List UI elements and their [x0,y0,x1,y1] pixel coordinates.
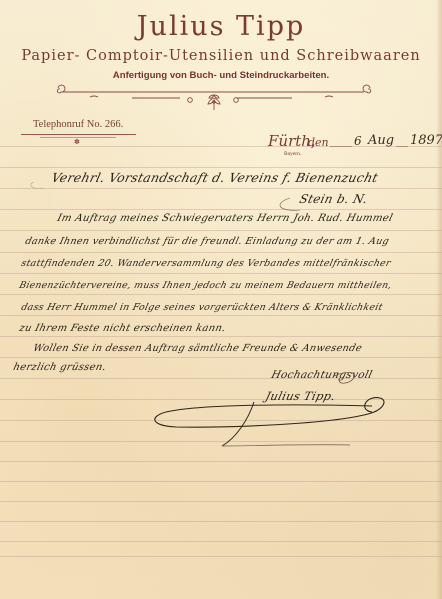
dateline-state: Bayern. [284,151,301,157]
telephone-underline [21,134,136,135]
body-line: Bienenzüchtervereine, muss Ihnen jedoch … [18,280,393,291]
dateline-month: Aug [368,133,394,148]
dateline-blank [396,146,408,147]
letter-page: Julius Tipp Papier- Comptoir-Utensilien … [0,0,442,599]
body-line: Wollen Sie in dessen Auftrag sämtliche F… [32,343,363,354]
body-line: zu Ihrem Feste nicht erscheinen kann. [18,323,227,334]
body-line: dass Herr Hummel in Folge seines vorgerü… [20,302,384,313]
recipient-line: Verehrl. Vorstandschaft d. Vereins f. Bi… [50,170,380,185]
body-line: stattfindenden 20. Wanderversammlung des… [20,258,392,269]
company-name: Julius Tipp [0,12,442,42]
dateline-den: den [308,136,329,149]
dateline: Fürth, den Bayern. 6 Aug 1897 [268,132,433,162]
body-line: danke Ihnen verbindlichst für die freund… [24,236,390,247]
signature: Julius Tipp. [264,389,337,403]
telephone-ornament-icon: ✽ [74,138,80,146]
dateline-blank [330,146,352,147]
company-subtitle: Papier- Comptoir-Utensilien und Schreibw… [0,47,442,65]
recipient-location: Stein b. N. [298,192,369,206]
dateline-day: 6 [354,134,362,148]
body-line: Im Auftrag meines Schwiegervaters Herrn … [56,213,394,224]
dateline-year: 1897 [410,133,442,148]
letterhead-flourish-icon [0,80,442,112]
telephone-number: Telephonruf No. 266. [33,118,123,131]
closing: Hochachtungsvoll [270,369,374,381]
body-line: herzlich grüssen. [12,362,107,373]
